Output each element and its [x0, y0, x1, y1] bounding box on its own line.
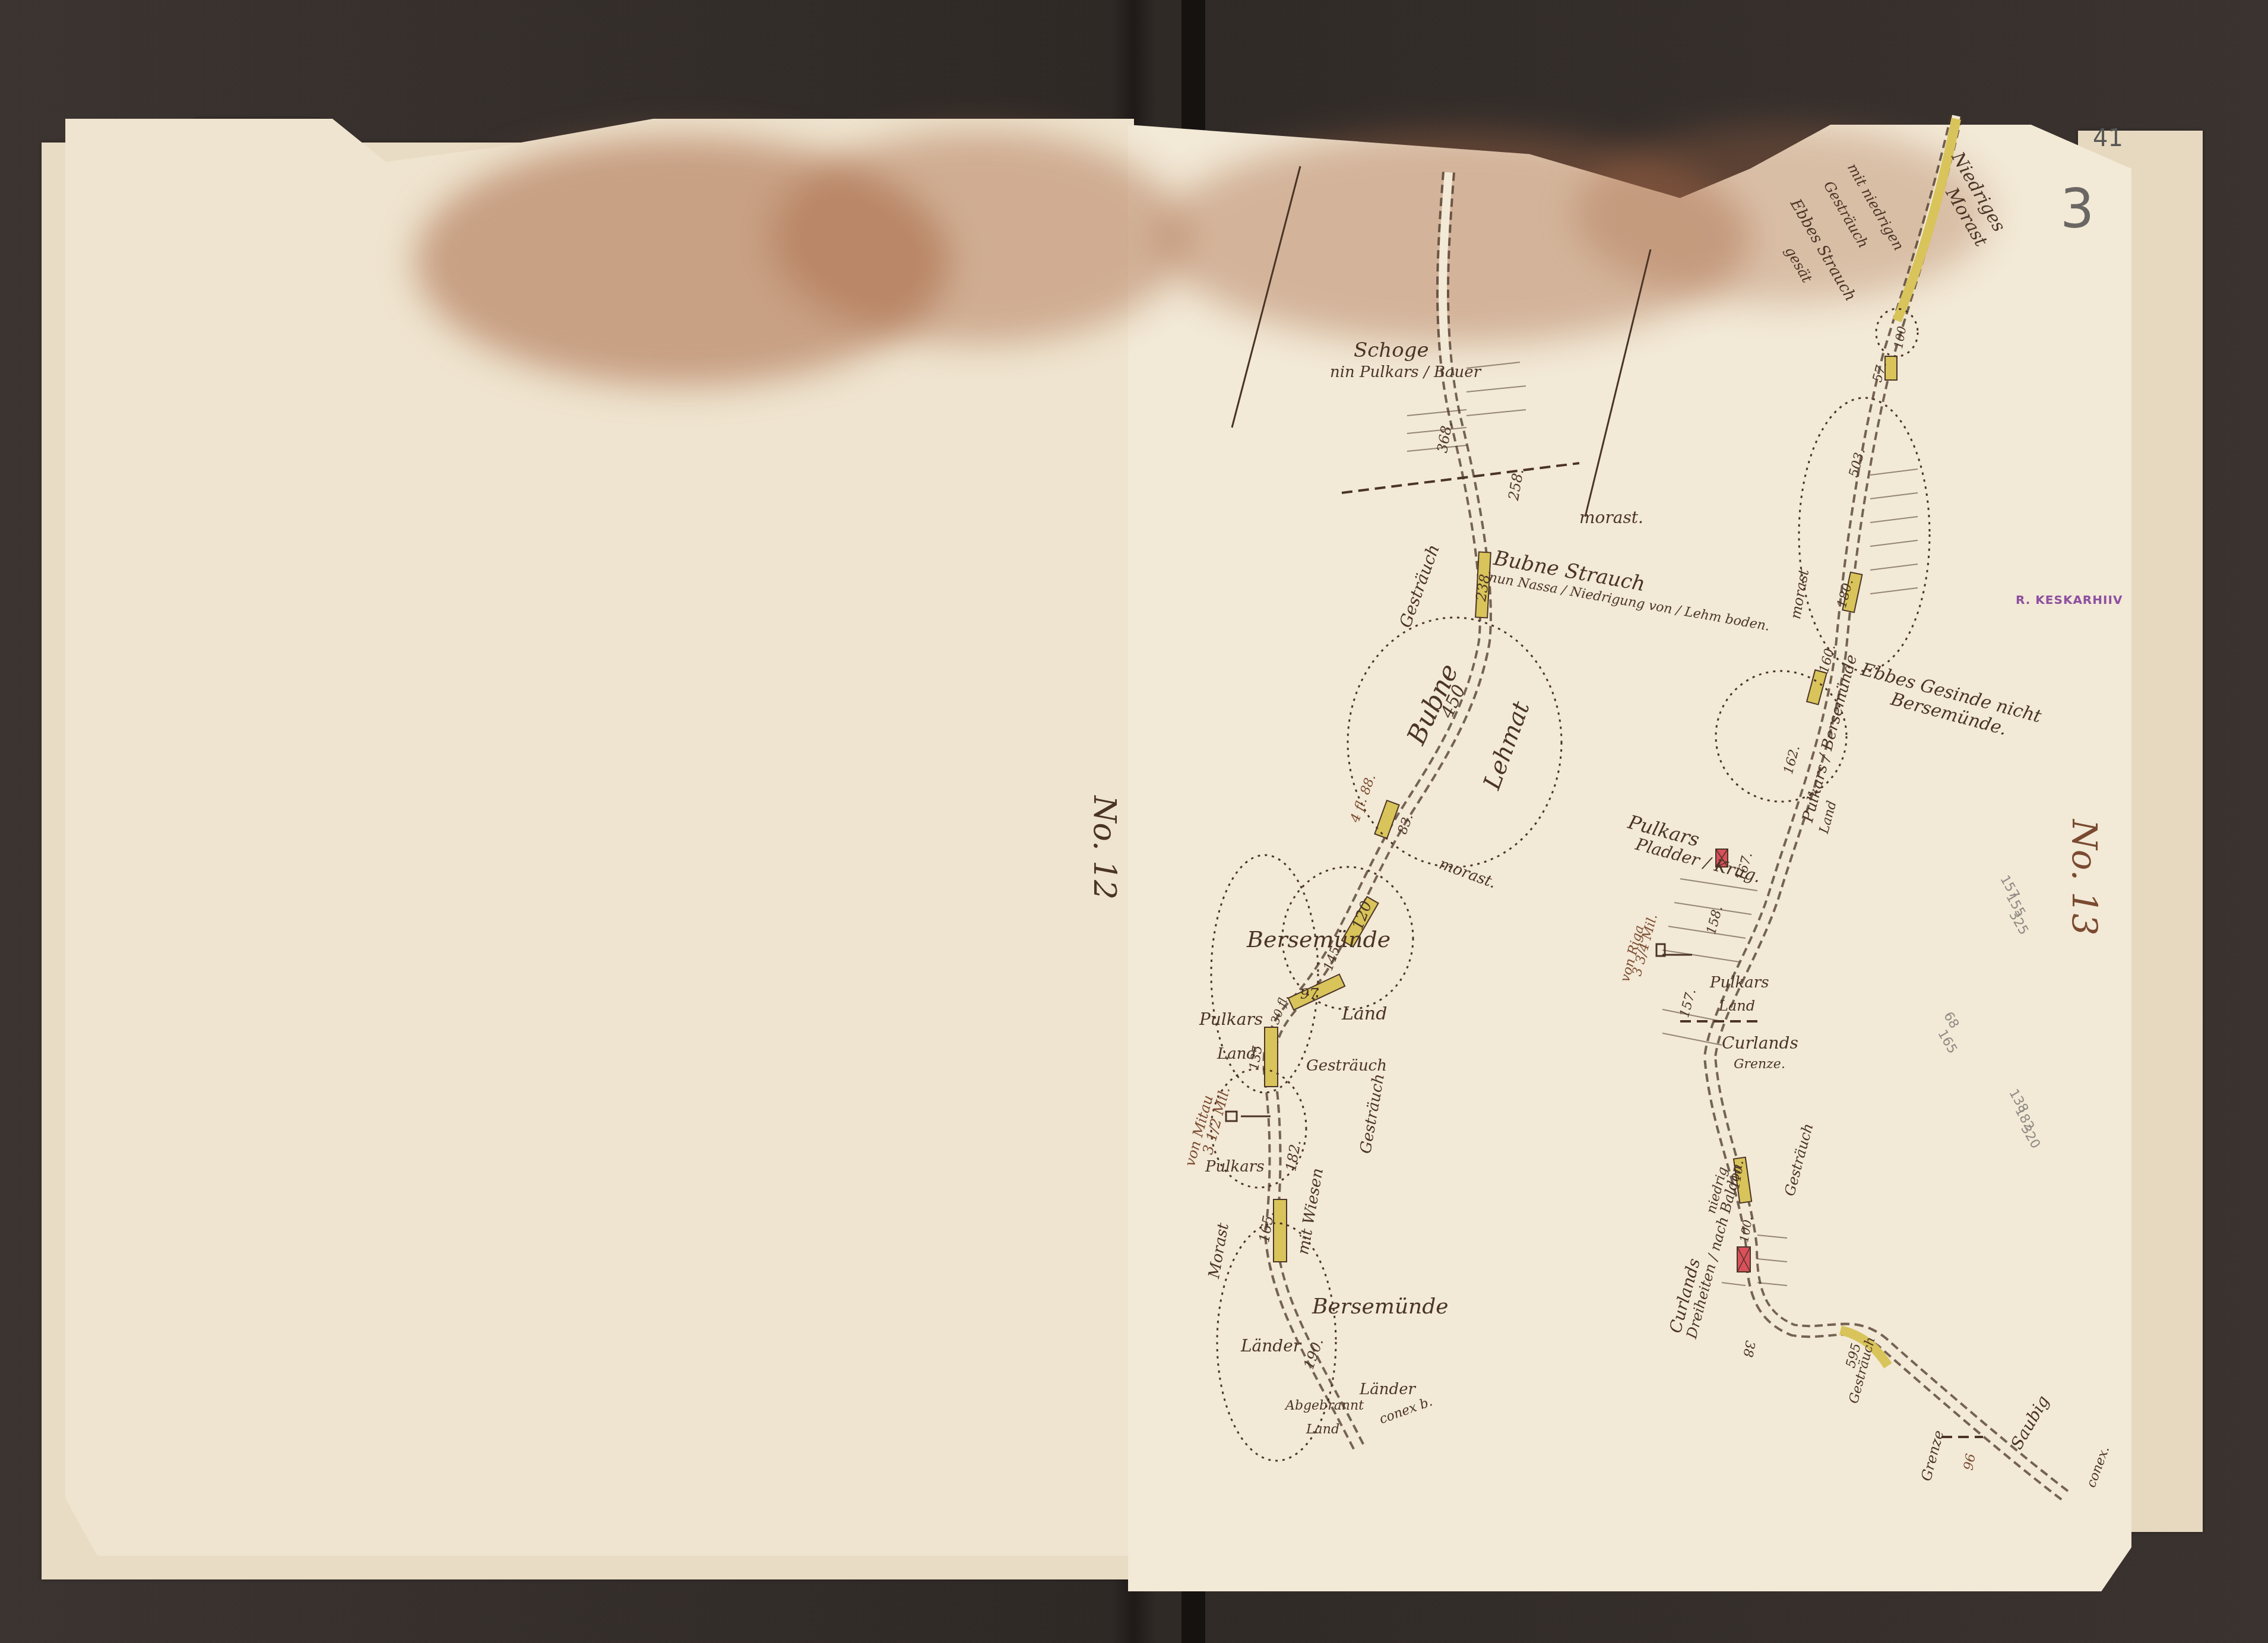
place-label: Abgebrannt [1285, 1398, 1364, 1413]
sheet-number: 3 [2060, 178, 2094, 240]
distance-label: 96 [1960, 1452, 1977, 1471]
archive-stamp: R. KESKARHIIV [2016, 593, 2123, 607]
right-sheet-number: No. 13 [2064, 819, 2105, 935]
place-sublabel: Grenze. [1734, 1057, 1785, 1072]
place-label: Curlands [1722, 1033, 1798, 1053]
left-sheet-number: No. 12 [1087, 796, 1122, 900]
terrain-label: Land [1342, 1003, 1387, 1024]
north-arrow-icon [1585, 249, 1651, 517]
place-label: Pulkars [1710, 974, 1769, 992]
place-label: Schoge [1354, 338, 1429, 362]
place-sublabel: Land [1306, 1422, 1339, 1437]
terrain-label: Gesträuch [1306, 1057, 1387, 1075]
mile-post-icon [1226, 1112, 1271, 1121]
place-label: Bersemünde [1247, 926, 1390, 952]
place-sublabel: nin Pulkars / Bauer [1330, 363, 1481, 381]
distance-label: 38 [1740, 1340, 1757, 1359]
place-label: Länder [1241, 1336, 1301, 1356]
distance-label: 97 [1300, 986, 1319, 1002]
north-arrow-icon [1232, 166, 1300, 428]
place-label: Pulkars [1205, 1158, 1265, 1176]
place-sublabel: Land [1719, 998, 1755, 1014]
place-label: Bersemünde [1312, 1294, 1449, 1319]
place-label: Pulkars [1199, 1009, 1263, 1029]
folio-number: 41 [2093, 125, 2123, 152]
route-drawing [0, 0, 2268, 1643]
inn-marker-icon [1737, 1247, 1750, 1272]
mile-post-icon [1656, 944, 1692, 956]
place-label: Länder [1360, 1381, 1415, 1398]
terrain-label: morast. [1579, 508, 1643, 527]
